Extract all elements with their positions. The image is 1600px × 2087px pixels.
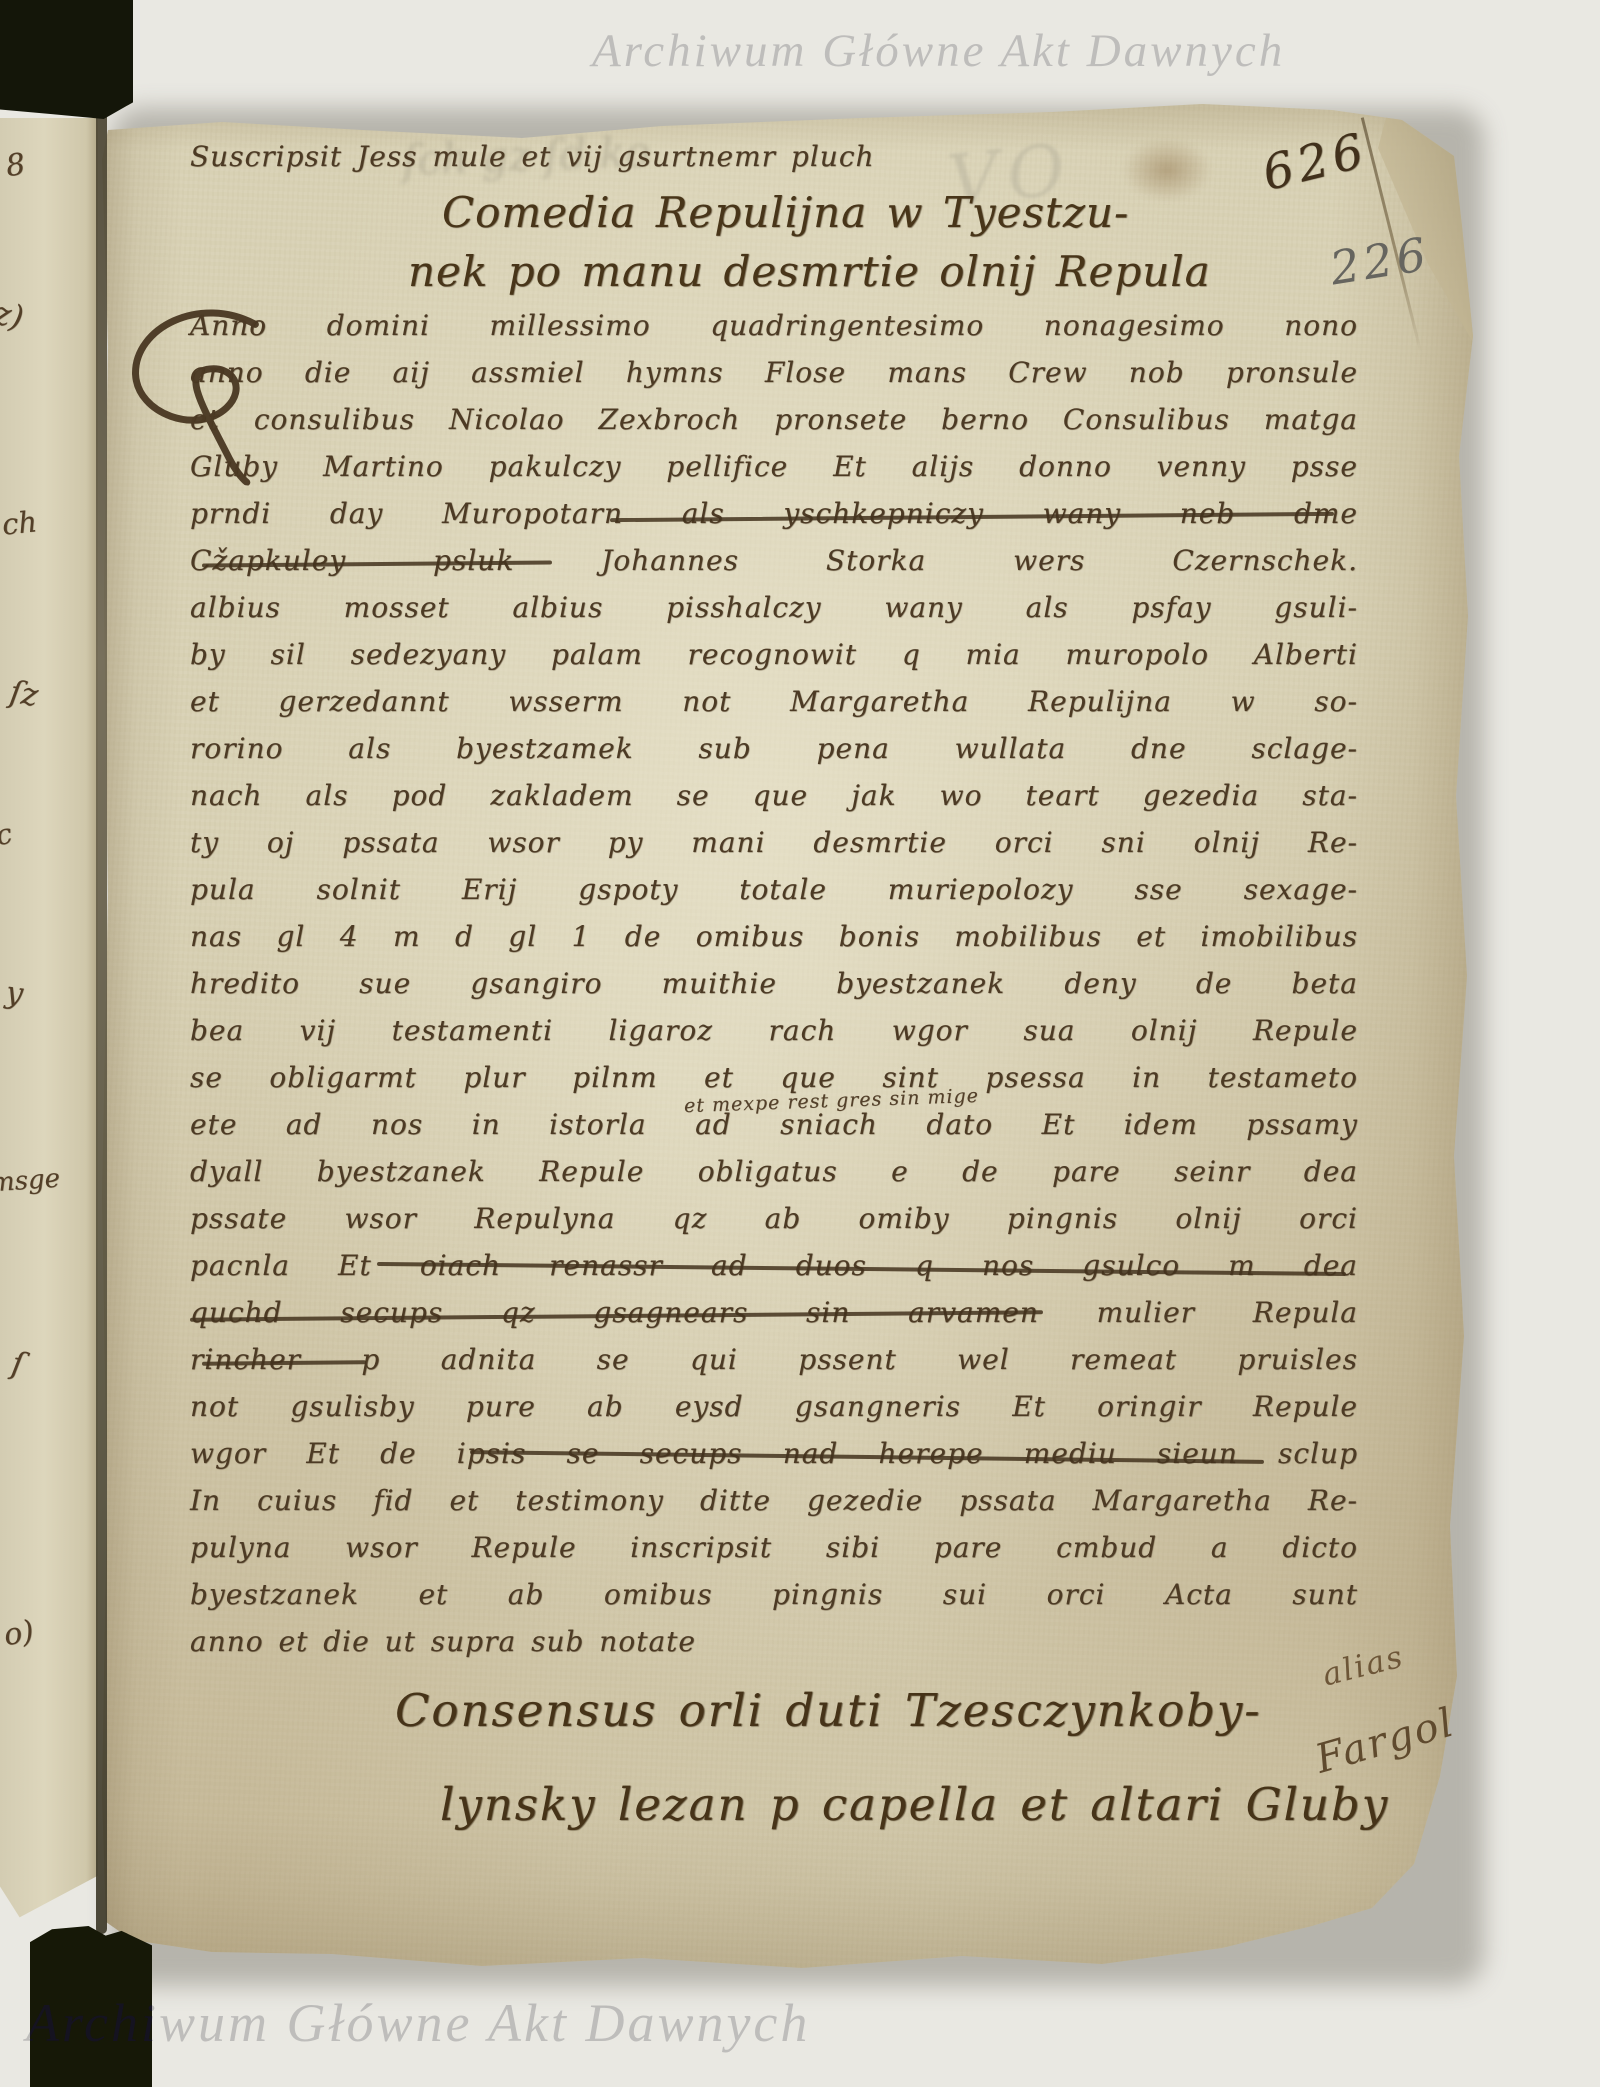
manuscript-line: ete ad nos in istorla ad sniach dato Et …	[190, 1101, 1358, 1148]
manuscript-line: et gerzedannt wsserm not Margaretha Repu…	[190, 678, 1358, 725]
previous-page-sliver: 8 z) ch ſz c y msge ſ o)	[0, 118, 98, 1930]
ink-fragment: ch	[0, 504, 38, 541]
manuscript-line: Anno domini millessimo quadringentesimo …	[190, 302, 1358, 349]
ink-fragment: y	[4, 975, 25, 1012]
ink-fragment: c	[0, 817, 15, 853]
mount-board-top-left	[0, 0, 133, 119]
manuscript-line: nek po manu desmrtie olnij Repula	[190, 242, 1358, 302]
page-gutter-shadow	[96, 112, 107, 1934]
manuscript-line: In cuius fid et testimony ditte gezedie …	[190, 1477, 1358, 1524]
manuscript-line: se obligarmt plur pilnm et que sint pses…	[190, 1054, 1358, 1101]
archive-watermark-bottom: Archiwum Główne Akt Dawnych	[26, 1992, 810, 2054]
manuscript-line: pulyna wsor Repule inscripsit sibi pare …	[190, 1524, 1358, 1571]
manuscript-line: et consulibus Nicolao Zexbroch pronsete …	[190, 396, 1358, 443]
manuscript-line: bea vij testamenti ligaroz rach wgor sua…	[190, 1007, 1358, 1054]
manuscript-line: not gsulisby pure ab eysd gsangneris Et …	[190, 1383, 1358, 1430]
manuscript-line: anno die aij assmiel hymns Flose mans Cr…	[190, 349, 1358, 396]
manuscript-line: dyall byestzanek Repule obligatus e de p…	[190, 1148, 1358, 1195]
manuscript-line: lynsky lezan p capella et altari Gluby	[190, 1757, 1358, 1853]
manuscript-line: rincher p adnita se qui pssent wel remea…	[190, 1336, 1358, 1383]
archive-watermark-top: Archiwum Główne Akt Dawnych	[592, 24, 1285, 78]
manuscript-line: albius mosset albius pisshalczy wany als…	[190, 584, 1358, 631]
manuscript-line: pula solnit Erij gspoty totale muriepolo…	[190, 866, 1358, 913]
ink-fragment: ſz	[7, 674, 40, 714]
manuscript-line: byestzanek et ab omibus pingnis sui orci…	[190, 1571, 1358, 1618]
manuscript-line: wgor Et de ipsis se secups nad herepe me…	[190, 1430, 1358, 1477]
manuscript-line: Gluby Martino pakulczy pellifice Et alij…	[190, 443, 1358, 490]
manuscript-line: pacnla Et oiach renassr ad duos q nos gs…	[190, 1242, 1358, 1289]
manuscript-text-block: Suscripsit Jess mule et vij gsurtnemr pl…	[190, 130, 1358, 1853]
manuscript-line: Consensus orli duti Tzesczynkoby-	[190, 1665, 1358, 1757]
manuscript-line: by sil sedezyany palam recognowit q mia …	[190, 631, 1358, 678]
manuscript-line: hredito sue gsangiro muithie byestzanek …	[190, 960, 1358, 1007]
manuscript-line: nach als pod zakladem se que jak wo tear…	[190, 772, 1358, 819]
ink-fragment: z)	[0, 293, 27, 336]
ink-fragment: o)	[1, 1614, 36, 1653]
manuscript-line: Suscripsit Jess mule et vij gsurtnemr pl…	[190, 130, 1101, 184]
manuscript-line: nas gl 4 m d gl 1 de omibus bonis mobili…	[190, 913, 1358, 960]
ink-fragment: msge	[0, 1164, 61, 1199]
ink-fragment: ſ	[9, 1345, 27, 1382]
manuscript-line: Comedia Repulijna w Tyestzu-	[190, 184, 1358, 242]
manuscript-line: quchd secups qz gsagnears sin arvamen mu…	[190, 1289, 1358, 1336]
manuscript-line: anno et die ut supra sub notate	[190, 1618, 1358, 1665]
manuscript-line: Cžapkuley psluk Johannes Storka wers Cze…	[190, 537, 1358, 584]
manuscript-line: prndi day Muropotarn als yschkepniczy wa…	[190, 490, 1358, 537]
ink-fragment: 8	[4, 147, 28, 184]
archival-scan: { "archive": { "watermark_top": "Archiwu…	[0, 0, 1600, 2087]
manuscript-line: pssate wsor Repulyna qz ab omiby pingnis…	[190, 1195, 1358, 1242]
manuscript-line: rorino als byestzamek sub pena wullata d…	[190, 725, 1358, 772]
manuscript-page: ſch gz ſd ko VO Suscripsit Jess mule et …	[102, 96, 1482, 1981]
manuscript-line: ty oj pssata wsor py mani desmrtie orci …	[190, 819, 1358, 866]
